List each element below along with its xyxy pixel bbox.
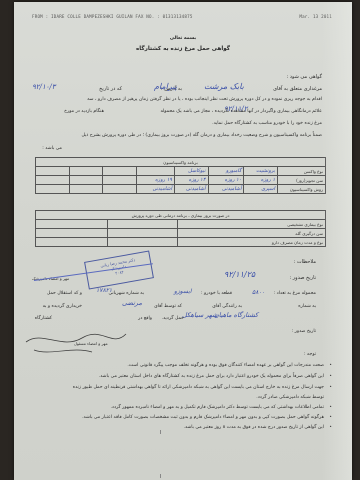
issue-date: ۹۲/۱۱/۲۵ [224, 270, 255, 280]
inspection-date-label: هنگام بازدید در مورخ [64, 109, 104, 115]
note-item: هرگونه گواهی حمل بصورت کپی و بدون مهر و … [82, 415, 324, 420]
plate-label: به شماره شهربانی [109, 291, 144, 297]
table-row: سن درگیری گله [36, 229, 326, 238]
vaccination-table-header: برنامه واکسیناسیون [36, 158, 326, 167]
agent-label: که توسط آقای [154, 304, 182, 310]
note-item: تمامی اطلاعات بهداشتی که می بایست توسط د… [110, 405, 324, 410]
signature-scribble [22, 320, 132, 360]
table-row: نیوکاسل گامبورو برونشیت نوع واکسن [36, 167, 326, 176]
farm-address: پیرامام [154, 82, 177, 92]
disease-treatment-table: در صورت بروز بیماری ، برنامه درمانی طی د… [35, 210, 326, 247]
scanned-document-page: FROM : IDARE COLLE DAMPEZESHKI GUILAN FA… [14, 2, 352, 480]
fax-date: Mar. 13 2011 [299, 14, 332, 19]
transported-text: حمل گردید. [162, 316, 184, 322]
farm-owner-name: بابک مرشت [204, 82, 244, 92]
note-item: جهت ارسال مرغ زنده به خارج استان می بایس… [73, 385, 324, 390]
agent-name: مرتضی [122, 300, 142, 308]
vehicle-label: قطعه با خودرو : [201, 291, 232, 297]
notes-title: توجه : [304, 352, 316, 358]
row-label: سن تجویز(روز) [278, 176, 326, 185]
fax-sender: FROM : IDARE COLLE DAMPEZESHKI GUILAN FA… [32, 14, 193, 19]
table-row: نوع بیماری تشخیصی [36, 220, 326, 229]
note-item-continuation: توسط شبکه دامپزشکی صادر گردد. [256, 395, 324, 401]
placement-date: ۹۲/۱۰/۳ [32, 83, 56, 91]
doc-line-3: علائم درمانگاهی بیماری واگیردار در آنها … [160, 109, 322, 115]
fold-mark [160, 430, 161, 434]
note-item: این گواهی صرفاً برای محموله یک خودرو اعت… [99, 374, 324, 379]
responsible-signature-caption: مهر و امضاء مسئول [74, 342, 108, 347]
plate-number: ۱۷۸۲۱ [96, 287, 112, 294]
shipment-count: ۵۸۰۰ [252, 289, 265, 296]
doc-line-6: می باشد : [42, 146, 62, 152]
table-row: نوع و مدت زمان مصرف دارو [36, 238, 326, 247]
location-label: واقع در [138, 316, 152, 322]
note-item: صحت مندرجات این گواهی بر عهده امضاء کنند… [127, 363, 324, 368]
slaughterhouse-location: شهر سیاهکل [182, 312, 217, 320]
row-label: سن درگیری گله [178, 229, 326, 238]
placement-date-label: که در تاریخ [99, 86, 122, 92]
fold-mark [160, 474, 161, 478]
doc-line-5: ضمناً برنامه واکسیناسیون و شرح وضعیت رخد… [82, 133, 322, 139]
table-row: آشامیدنی آشامیدنی آشامیدنی اسپری روش واک… [36, 185, 326, 194]
intro-text: گواهی می شود : [287, 74, 322, 80]
farm-owner-label: مرغداری متعلق به آقای [273, 86, 322, 92]
shipment-count-label: محموله مرغ به تعداد : [274, 291, 316, 297]
bismillah: بسمه تعالی [14, 36, 352, 42]
shipment-issue-date-label: تاریخ صدور : [292, 329, 316, 335]
row-label: نوع و مدت زمان مصرف دارو [178, 238, 326, 247]
disease-table-header: در صورت بروز بیماری ، برنامه درمانی طی د… [36, 211, 326, 220]
transport-code-label: و کد استقلال حمل [47, 291, 82, 297]
purchase-text: خریداری گردیده و به [43, 304, 82, 310]
vaccination-table: برنامه واکسیناسیون نیوکاسل گامبورو برونش… [35, 157, 326, 194]
doc-line-4: مرغ زنده خود را با خودرو مناسب به کشتارگ… [212, 121, 322, 127]
notes-label: ملاحظات : [294, 259, 316, 265]
document-title: گواهی حمل مرغ زنده به کشتارگاه [14, 46, 352, 53]
issue-date-label: تاریخ صدور : [289, 275, 316, 281]
veterinarian-stamp: دکتر محمد رضا ربانی دامپزشک ۲۰۸۴ [84, 250, 154, 289]
row-label: روش واکسیناسیون [278, 185, 326, 194]
doc-line-2: اقدام به جوجه ریزی نموده و در کل دوره پر… [87, 97, 322, 103]
slaughterhouse-name: کشتارگاه ماهیان [214, 312, 258, 320]
fax-header: FROM : IDARE COLLE DAMPEZESHKI GUILAN FA… [32, 14, 332, 19]
vehicle-type: ایسوزو [174, 288, 192, 295]
code-number-label: به شماره [298, 304, 316, 310]
row-label: نوع واکسن [278, 167, 326, 176]
driver-label: به رانندگی آقای [212, 304, 242, 310]
table-row: ۱۹ روزه ۱۴ روزه ۱۰ روزه ۱ روزه سن تجویز(… [36, 176, 326, 185]
note-item: این گواهی از تاریخ صدور درج شده در فوق ب… [184, 425, 324, 430]
row-label: نوع بیماری تشخیصی [178, 220, 326, 229]
